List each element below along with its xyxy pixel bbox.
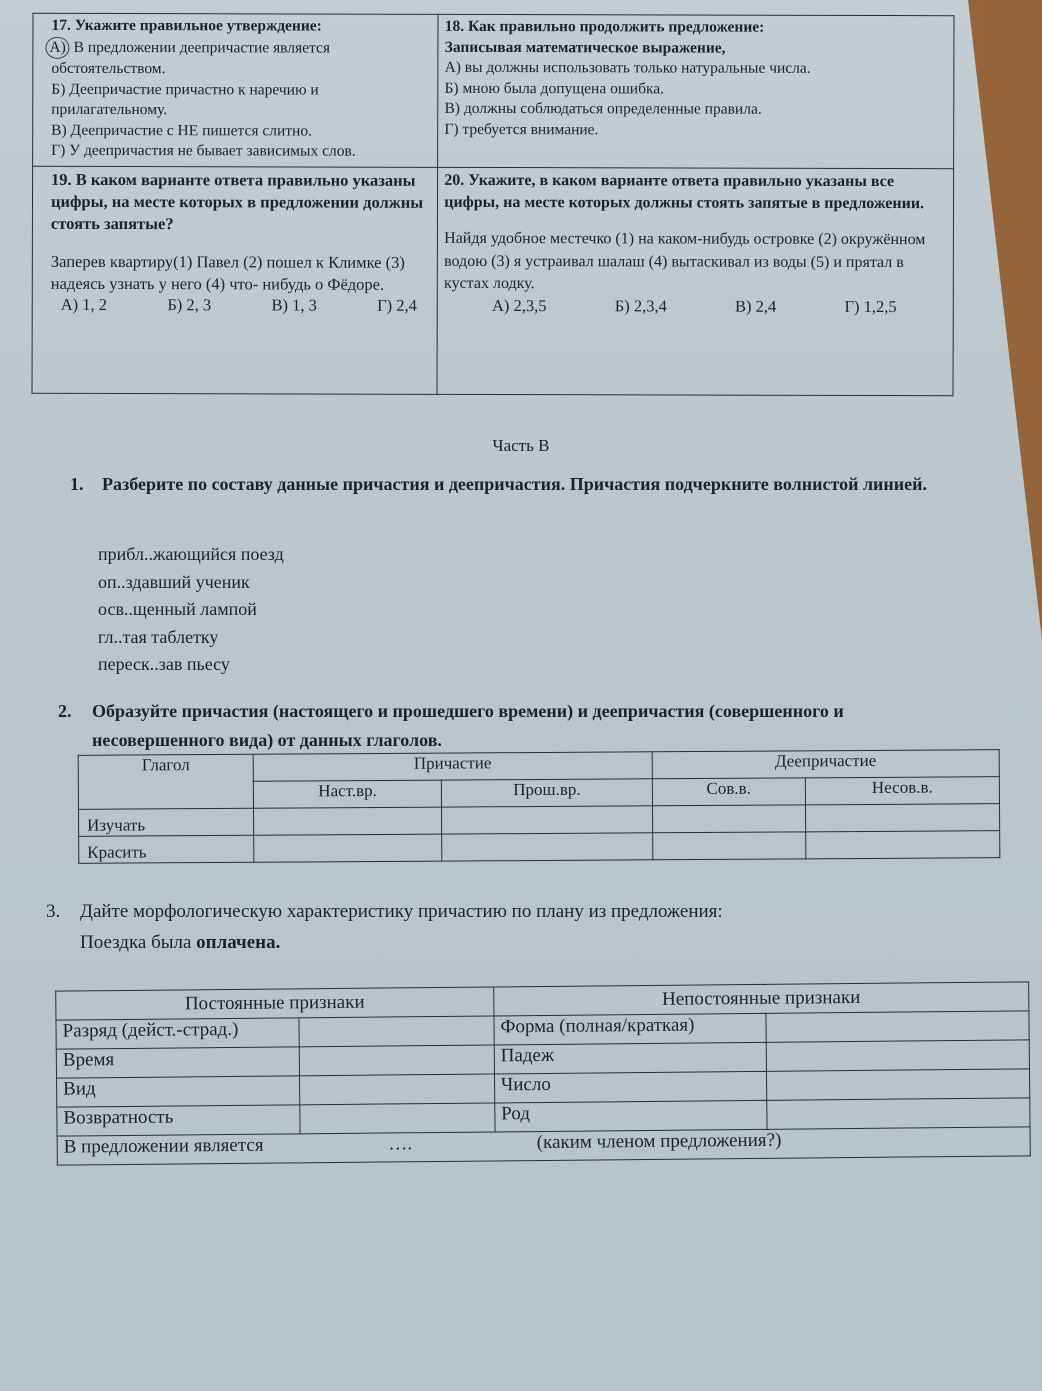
task-1-word-list: прибл..жающийся поезд оп..здавший ученик… [98,541,284,679]
word-item: гл..тая таблетку [98,624,284,652]
feature-label: Падеж [494,1042,767,1074]
worksheet-paper: 17. Укажите правильное утверждение: А) В… [0,0,1042,1391]
part-a-questions-table: 17. Укажите правильное утверждение: А) В… [32,13,955,396]
q19-answer-g[interactable]: Г) 2,4 [377,296,417,317]
header-constant-features: Постоянные признаки [56,987,494,1020]
task-3-table: Постоянные признаки Непостоянные признак… [55,981,1031,1165]
q19-answer-b[interactable]: Б) 2, 3 [167,295,211,316]
feature-label: Форма (полная/краткая) [494,1013,767,1045]
q20-answer-g[interactable]: Г) 1,2,5 [845,296,897,317]
q18-option-b[interactable]: Б) мною была допущена ошибка. [445,78,948,100]
answer-cell[interactable] [299,1016,494,1047]
answer-cell[interactable] [767,1098,1030,1130]
task-3-sentence: Поездка была оплачена. [46,927,946,958]
q17-option-v[interactable]: В) Деепричастие с НЕ пишется слитно. [51,120,431,141]
answer-cell[interactable] [300,1074,495,1105]
word-item: прибл..жающийся поезд [98,541,284,569]
feature-label: Возвратность [57,1105,301,1136]
task-3-instruction: 3.Дайте морфологическую характеристику п… [46,896,946,958]
question-19: 19. В каком варианте ответа правильно ук… [32,166,438,394]
answer-cell[interactable] [442,806,653,834]
answer-cell[interactable] [299,1045,494,1076]
answer-cell[interactable] [253,807,442,835]
answer-cell[interactable] [766,1011,1029,1043]
question-20: 20. Укажите, в каком варианте ответа пра… [437,167,953,395]
header-present: Наст.вр. [253,780,442,808]
feature-label: Вид [57,1076,301,1107]
word-item: переск..зав пьесу [98,651,284,679]
selected-answer-circle: А) [45,36,69,59]
header-past: Прош.вр. [442,779,653,807]
q19-answer-a[interactable]: А) 1, 2 [61,295,107,316]
header-imperfective: Несов.в. [805,777,999,805]
part-b-title: Часть В [0,436,1042,456]
answer-cell[interactable] [652,805,805,833]
answer-cell[interactable] [766,1040,1029,1072]
q19-sentence: Заперев квартиру(1) Павел (2) пошел к Кл… [51,251,431,296]
task-1-instruction: 1.Разберите по составу данные причастия … [70,469,942,499]
answer-cell[interactable] [805,804,999,832]
q20-sentence: Найдя удобное местечко (1) на каком-нибу… [444,228,947,297]
q19-answer-v[interactable]: В) 1, 3 [271,295,316,316]
q20-answer-b[interactable]: Б) 2,3,4 [615,296,667,317]
answer-cell[interactable] [254,834,443,862]
answer-cell[interactable] [442,833,653,861]
answer-cell[interactable] [652,832,805,860]
header-gerund: Деепричастие [652,750,999,779]
question-17: 17. Укажите правильное утверждение: А) В… [33,13,439,167]
word-item: осв..щенный лампой [98,596,284,624]
header-perfective: Сов.в. [652,778,805,806]
q17-option-a[interactable]: А) В предложении деепричастие является о… [51,36,431,80]
answer-cell[interactable] [300,1103,495,1134]
q17-option-g[interactable]: Г) У деепричастия не бывает зависимых сл… [51,141,431,162]
q18-option-v[interactable]: В) должны соблюдаться определенные прави… [444,99,947,121]
q18-option-g[interactable]: Г) требуется внимание. [444,119,947,141]
row-label: Красить [79,835,254,863]
q18-option-a[interactable]: А) вы должны использовать только натурал… [445,58,948,80]
q18-lead: Записывая математическое выражение, [445,37,948,59]
word-item: оп..здавший ученик [98,569,284,597]
feature-label: Число [494,1071,767,1103]
q19-answers: А) 1, 2 Б) 2, 3 В) 1, 3 Г) 2,4 [51,295,431,316]
feature-label: Род [495,1100,768,1132]
feature-label: Время [56,1047,300,1078]
header-verb: Глагол [78,754,253,809]
q18-title: 18. Как правильно продолжить предложение… [445,17,948,39]
task-2-instruction: 2.Образуйте причастия (настоящего и прош… [58,697,912,755]
answer-cell[interactable] [767,1069,1030,1101]
feature-label: Разряд (дейст.-страд.) [56,1018,300,1049]
question-18: 18. Как правильно продолжить предложение… [438,14,954,168]
q19-title: 19. В каком варианте ответа правильно ук… [51,169,431,236]
q17-title: 17. Укажите правильное утверждение: [51,16,431,37]
q17-option-b[interactable]: Б) Деепричастие причастно к наречию и пр… [51,79,431,121]
q20-answers: А) 2,3,5 Б) 2,3,4 В) 2,4 Г) 1,2,5 [444,295,947,317]
task-2-table: Глагол Причастие Деепричастие Наст.вр. П… [78,749,1001,864]
header-participle: Причастие [253,752,652,781]
q20-title: 20. Укажите, в каком варианте ответа пра… [444,170,947,215]
q20-answer-a[interactable]: А) 2,3,5 [492,295,547,316]
q20-answer-v[interactable]: В) 2,4 [735,296,776,317]
answer-cell[interactable] [806,831,1000,859]
row-label: Изучать [79,808,254,836]
